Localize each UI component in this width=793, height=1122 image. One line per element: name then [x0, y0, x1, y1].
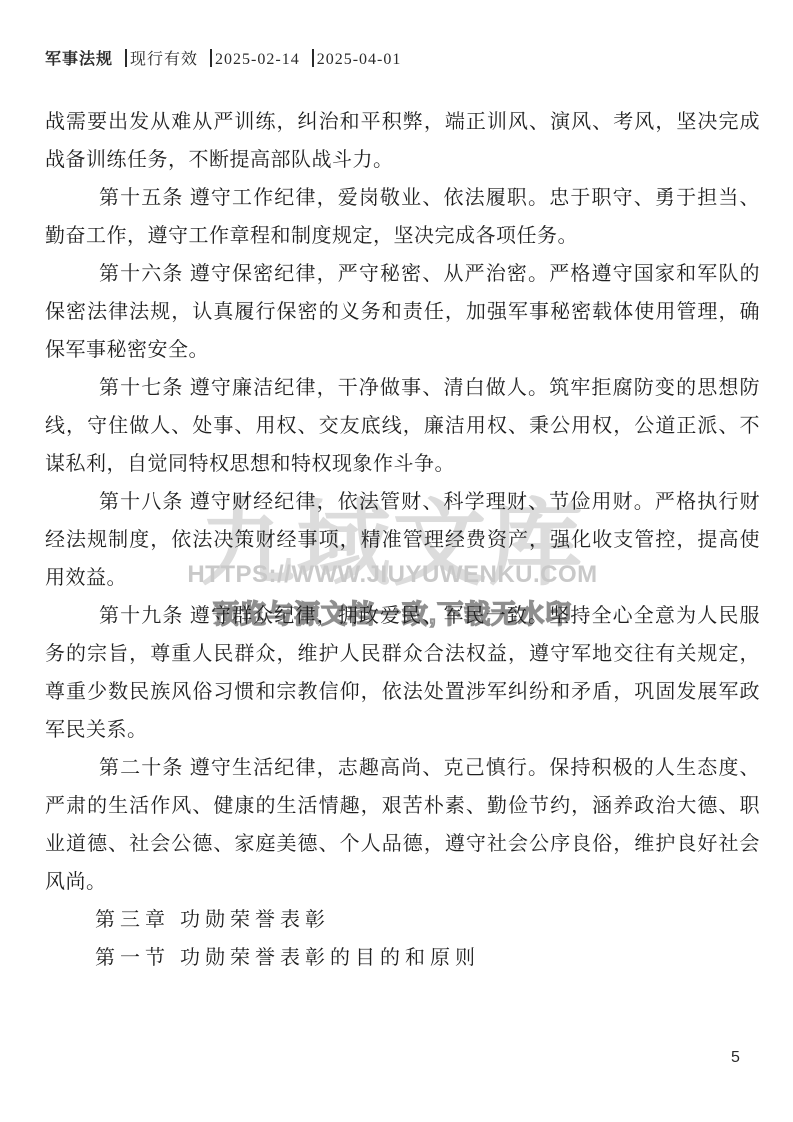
document-meta-header: 军事法规现行有效2025-02-142025-04-01: [45, 46, 401, 69]
paragraph: 第十九条 遵守群众纪律，拥政爱民、军民一致。坚持全心全意为人民服务的宗旨，尊重人…: [45, 597, 760, 749]
paragraph: 第二十条 遵守生活纪律，志趣高尚、克己慎行。保持积极的人生态度、严肃的生活作风、…: [45, 749, 760, 901]
paragraph: 第一节 功勋荣誉表彰的目的和原则: [45, 939, 760, 977]
doc-type-label: 军事法规: [45, 51, 113, 68]
paragraph: 第三章 功勋荣誉表彰: [45, 901, 760, 939]
paragraph: 第十七条 遵守廉洁纪律，干净做事、清白做人。筑牢拒腐防变的思想防线，守住做人、处…: [45, 369, 760, 483]
effective-date: 2025-04-01: [317, 51, 402, 68]
separator-bar: [210, 49, 212, 67]
paragraph: 第十五条 遵守工作纪律，爱岗敬业、依法履职。忠于职守、勇于担当、勤奋工作，遵守工…: [45, 179, 760, 255]
separator-bar: [125, 49, 127, 67]
separator-bar: [312, 49, 314, 67]
status-label: 现行有效: [130, 51, 198, 68]
paragraph: 第十六条 遵守保密纪律，严守秘密、从严治密。严格遵守国家和军队的保密法律法规，认…: [45, 255, 760, 369]
paragraph: 战需要出发从难从严训练，纠治和平积弊，端正训风、演风、考风，坚决完成战备训练任务…: [45, 103, 760, 179]
page-number: 5: [731, 1049, 740, 1067]
paragraph: 第十八条 遵守财经纪律，依法管财、科学理财、节俭用财。严格执行财经法规制度，依法…: [45, 483, 760, 597]
document-page: 九域文库 HTTPS://WWW.JIUYUWENKU.COM 预览与源文档一致…: [0, 0, 793, 1122]
document-body: 战需要出发从难从严训练，纠治和平积弊，端正训风、演风、考风，坚决完成战备训练任务…: [45, 103, 760, 977]
publish-date: 2025-02-14: [215, 51, 300, 68]
